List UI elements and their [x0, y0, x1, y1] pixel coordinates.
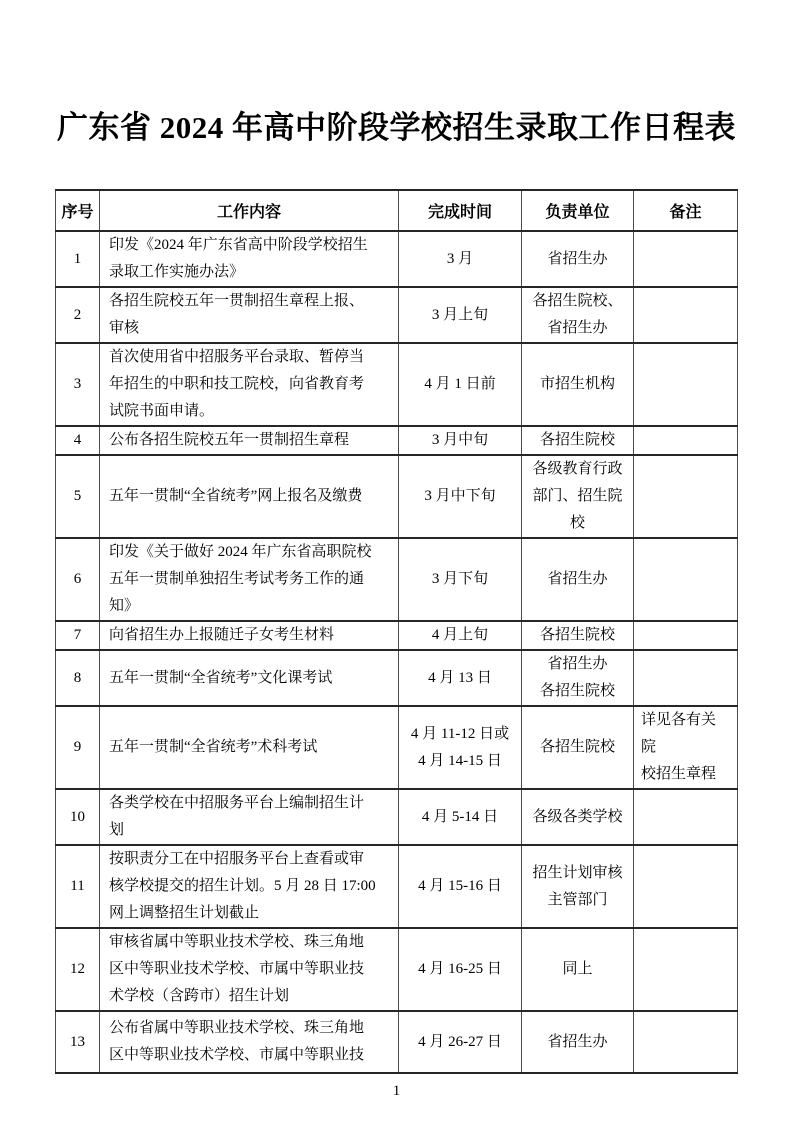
- table-row: 9 五年一贯制“全省统考”术科考试 4 月 11-12 日或 4 月 14-15…: [56, 706, 738, 789]
- row-number-cell: 11: [56, 845, 100, 928]
- completion-time-cell: 3 月下旬: [399, 538, 522, 621]
- work-content-cell: 向省招生办上报随迁子女考生材料: [100, 621, 399, 650]
- responsible-unit-cell: 各级教育行政 部门、招生院 校: [522, 455, 634, 538]
- responsible-unit-cell: 省招生办: [522, 538, 634, 621]
- schedule-table: 序号工作内容完成时间负责单位备注 1 印发《2024 年广东省高中阶段学校招生 …: [55, 189, 738, 1074]
- work-content-cell: 印发《2024 年广东省高中阶段学校招生 录取工作实施办法》: [100, 231, 399, 287]
- remark-cell: [634, 426, 738, 455]
- remark-cell: [634, 845, 738, 928]
- work-content-cell: 五年一贯制“全省统考”文化课考试: [100, 650, 399, 706]
- header-cell: 序号: [56, 190, 100, 231]
- row-number-cell: 6: [56, 538, 100, 621]
- completion-time-cell: 4 月 11-12 日或 4 月 14-15 日: [399, 706, 522, 789]
- work-content-cell: 印发《关于做好 2024 年广东省高职院校 五年一贯制单独招生考试考务工作的通 …: [100, 538, 399, 621]
- page-number: 1: [0, 1081, 793, 1101]
- work-content-cell: 五年一贯制“全省统考”网上报名及缴费: [100, 455, 399, 538]
- completion-time-cell: 4 月 15-16 日: [399, 845, 522, 928]
- remark-cell: [634, 928, 738, 1011]
- row-number-cell: 5: [56, 455, 100, 538]
- responsible-unit-cell: 省招生办: [522, 231, 634, 287]
- responsible-unit-cell: 各招生院校: [522, 426, 634, 455]
- table-row: 2 各招生院校五年一贯制招生章程上报、 审核 3 月上旬 各招生院校、 省招生办: [56, 287, 738, 343]
- work-content-cell: 审核省属中等职业技术学校、珠三角地 区中等职业技术学校、市属中等职业技 术学校（…: [100, 928, 399, 1011]
- responsible-unit-cell: 各招生院校: [522, 621, 634, 650]
- responsible-unit-cell: 各招生院校: [522, 706, 634, 789]
- remark-cell: [634, 650, 738, 706]
- completion-time-cell: 3 月上旬: [399, 287, 522, 343]
- table-row: 3 首次使用省中招服务平台录取、暂停当 年招生的中职和技工院校，向省教育考 试院…: [56, 343, 738, 426]
- row-number-cell: 10: [56, 789, 100, 845]
- table-row: 4 公布各招生院校五年一贯制招生章程 3 月中旬 各招生院校: [56, 426, 738, 455]
- table-row: 1 印发《2024 年广东省高中阶段学校招生 录取工作实施办法》 3 月 省招生…: [56, 231, 738, 287]
- completion-time-cell: 4 月 26-27 日: [399, 1011, 522, 1073]
- header-cell: 备注: [634, 190, 738, 231]
- work-content-cell: 按职责分工在中招服务平台上查看或审 核学校提交的招生计划。5 月 28 日 17…: [100, 845, 399, 928]
- responsible-unit-cell: 招生计划审核 主管部门: [522, 845, 634, 928]
- responsible-unit-cell: 省招生办: [522, 1011, 634, 1073]
- header-cell: 完成时间: [399, 190, 522, 231]
- completion-time-cell: 4 月上旬: [399, 621, 522, 650]
- completion-time-cell: 4 月 16-25 日: [399, 928, 522, 1011]
- table-body: 1 印发《2024 年广东省高中阶段学校招生 录取工作实施办法》 3 月 省招生…: [56, 231, 738, 1073]
- table-row: 5 五年一贯制“全省统考”网上报名及缴费 3 月中下旬 各级教育行政 部门、招生…: [56, 455, 738, 538]
- responsible-unit-cell: 省招生办 各招生院校: [522, 650, 634, 706]
- row-number-cell: 13: [56, 1011, 100, 1073]
- remark-cell: [634, 621, 738, 650]
- responsible-unit-cell: 各级各类学校: [522, 789, 634, 845]
- responsible-unit-cell: 各招生院校、 省招生办: [522, 287, 634, 343]
- table-row: 7 向省招生办上报随迁子女考生材料 4 月上旬 各招生院校: [56, 621, 738, 650]
- completion-time-cell: 4 月 13 日: [399, 650, 522, 706]
- remark-cell: [634, 231, 738, 287]
- completion-time-cell: 3 月: [399, 231, 522, 287]
- remark-cell: [634, 343, 738, 426]
- table-row: 12 审核省属中等职业技术学校、珠三角地 区中等职业技术学校、市属中等职业技 术…: [56, 928, 738, 1011]
- row-number-cell: 3: [56, 343, 100, 426]
- row-number-cell: 1: [56, 231, 100, 287]
- responsible-unit-cell: 同上: [522, 928, 634, 1011]
- row-number-cell: 8: [56, 650, 100, 706]
- completion-time-cell: 4 月 5-14 日: [399, 789, 522, 845]
- header-cell: 工作内容: [100, 190, 399, 231]
- row-number-cell: 4: [56, 426, 100, 455]
- work-content-cell: 各类学校在中招服务平台上编制招生计 划: [100, 789, 399, 845]
- table-header-row: 序号工作内容完成时间负责单位备注: [56, 190, 738, 231]
- table-head: 序号工作内容完成时间负责单位备注: [56, 190, 738, 231]
- header-cell: 负责单位: [522, 190, 634, 231]
- responsible-unit-cell: 市招生机构: [522, 343, 634, 426]
- completion-time-cell: 4 月 1 日前: [399, 343, 522, 426]
- work-content-cell: 各招生院校五年一贯制招生章程上报、 审核: [100, 287, 399, 343]
- remark-cell: [634, 287, 738, 343]
- work-content-cell: 公布省属中等职业技术学校、珠三角地 区中等职业技术学校、市属中等职业技: [100, 1011, 399, 1073]
- table-row: 11 按职责分工在中招服务平台上查看或审 核学校提交的招生计划。5 月 28 日…: [56, 845, 738, 928]
- remark-cell: 详见各有关院 校招生章程: [634, 706, 738, 789]
- completion-time-cell: 3 月中旬: [399, 426, 522, 455]
- row-number-cell: 7: [56, 621, 100, 650]
- completion-time-cell: 3 月中下旬: [399, 455, 522, 538]
- work-content-cell: 公布各招生院校五年一贯制招生章程: [100, 426, 399, 455]
- work-content-cell: 五年一贯制“全省统考”术科考试: [100, 706, 399, 789]
- page-title: 广东省 2024 年高中阶段学校招生录取工作日程表: [0, 0, 793, 150]
- work-content-cell: 首次使用省中招服务平台录取、暂停当 年招生的中职和技工院校，向省教育考 试院书面…: [100, 343, 399, 426]
- table-row: 10 各类学校在中招服务平台上编制招生计 划 4 月 5-14 日 各级各类学校: [56, 789, 738, 845]
- remark-cell: [634, 455, 738, 538]
- table-row: 8 五年一贯制“全省统考”文化课考试 4 月 13 日 省招生办 各招生院校: [56, 650, 738, 706]
- row-number-cell: 2: [56, 287, 100, 343]
- remark-cell: [634, 1011, 738, 1073]
- remark-cell: [634, 538, 738, 621]
- table-row: 6 印发《关于做好 2024 年广东省高职院校 五年一贯制单独招生考试考务工作的…: [56, 538, 738, 621]
- remark-cell: [634, 789, 738, 845]
- table-row: 13 公布省属中等职业技术学校、珠三角地 区中等职业技术学校、市属中等职业技 4…: [56, 1011, 738, 1073]
- row-number-cell: 9: [56, 706, 100, 789]
- row-number-cell: 12: [56, 928, 100, 1011]
- document-page: 广东省 2024 年高中阶段学校招生录取工作日程表 序号工作内容完成时间负责单位…: [0, 0, 793, 1122]
